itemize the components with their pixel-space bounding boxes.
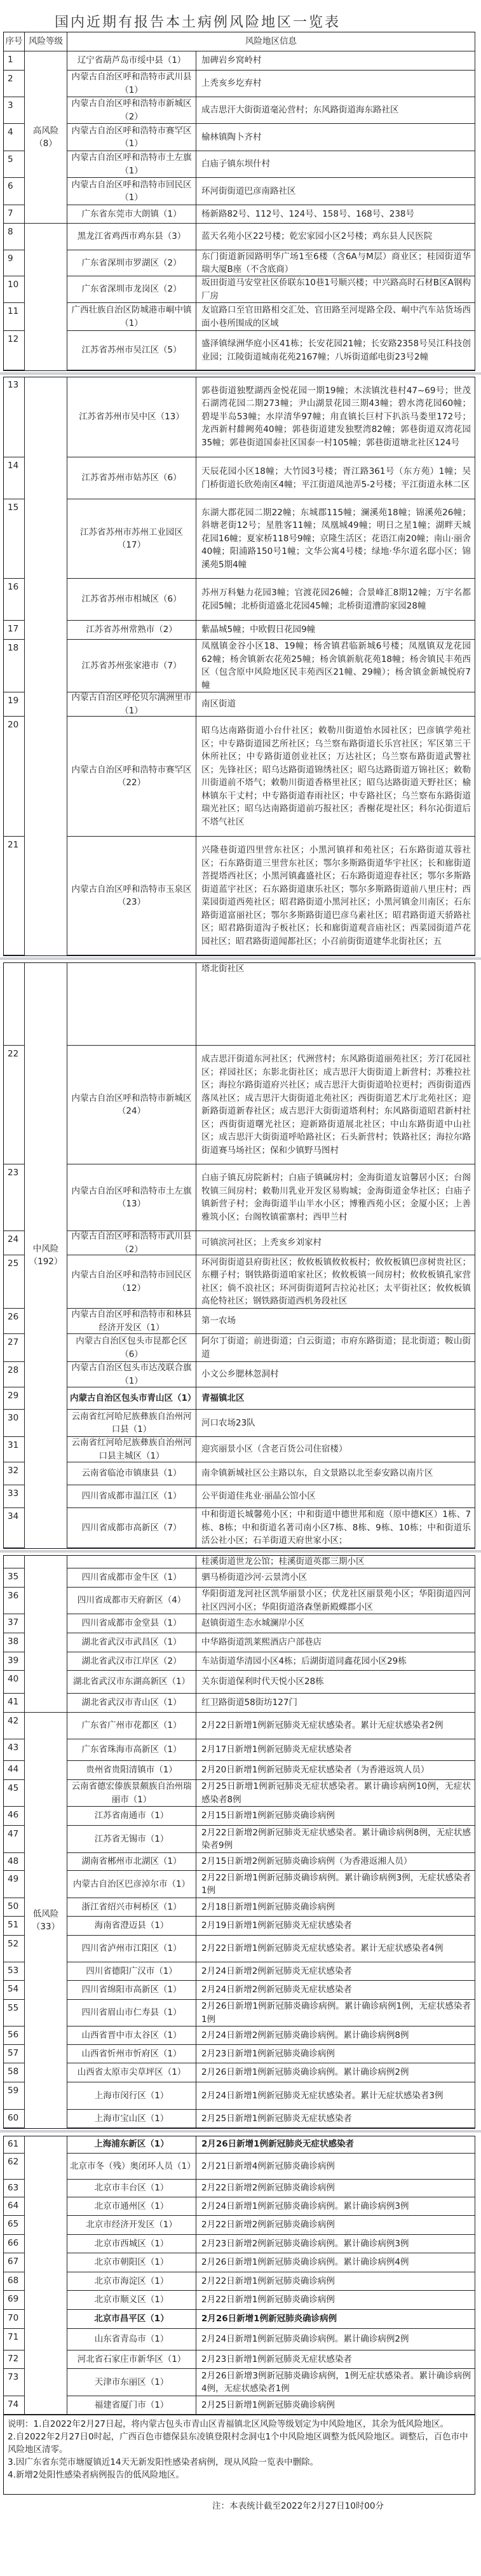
detail-text: 阿尔丁街道；前进街道；白云街道；市府东路街道；昆北街道；鞍山街道 [201, 1335, 471, 1361]
detail-text: 2月21日新增4例新冠肺炎确诊病例 [201, 2160, 471, 2173]
row-number: 73 [4, 2369, 25, 2396]
risk-area-name: 内蒙古自治区呼伦贝尔满洲里市（1） [67, 692, 196, 717]
risk-area-detail: 中华路街道凯莱熙酒店户部巷店 [196, 1633, 475, 1652]
row-number: 48 [4, 1853, 25, 1871]
risk-area-detail: 成吉思汗大街街道毫沁营村；东风路街道海东路社区 [196, 97, 475, 124]
risk-area-name: 天津市东丽区（1） [67, 2369, 196, 2396]
detail-text: 2月25日新增1例新冠肺炎无症状感染者。累计确诊病例10例，无症状感染者8例 [201, 1780, 471, 1806]
risk-area-name: 四川省德阳广汉市（1） [67, 1962, 196, 1981]
detail-text: 驷马桥街道沙河·云景湾小区 [201, 1571, 471, 1584]
row-number: 17 [4, 621, 25, 640]
detail-text: 郭巷街道独墅湖西金悦花园一期19幢；木渎镇沈巷村47~69号；世茂石湖湾花园二期… [201, 384, 471, 450]
detail-text: 中华路街道凯莱熙酒店户部巷店 [201, 1636, 471, 1649]
row-number: 61 [4, 2136, 25, 2154]
detail-text: 白庙子镇东坝什村 [201, 158, 471, 171]
risk-area-detail: 昭乌达南路街道小台什社区；敕勒川街道怡水园社区；巴彦镇学苑社区；中专路街道园艺所… [196, 717, 475, 837]
note-line: 2.自2022年2月27日0时起，广西百色市德保县东凌镇登限村念洞屯1个中风险地… [8, 2431, 471, 2456]
row-number: 66 [4, 2235, 25, 2253]
row-number: 55 [4, 2000, 25, 2026]
row-number: 19 [4, 692, 25, 717]
row-number: 53 [4, 1962, 25, 1981]
detail-text: 白庙子镇瓦房院新村；白庙子镇碱房村；金海街道友谊馨居小区；台阁牧镇三间房村；敕勒… [201, 1171, 471, 1224]
detail-text: 友谊路口至官田路相交汇处、官田路至河堤路全段、峒中汽车站货场西面小巷所围成的区域 [201, 304, 471, 330]
row-number: 71 [4, 2329, 25, 2350]
risk-area-name: 江苏省苏州市相城区（6） [67, 579, 196, 621]
risk-area-name: 云南省红河哈尼族彝族自治州河口县（1） [67, 1410, 196, 1437]
row-number: 23 [4, 1164, 25, 1231]
risk-area-name: 四川省成都市温江区（1） [67, 1485, 196, 1508]
risk-area-name: 内蒙古自治区呼和浩特市和林县经济开发区（1） [67, 1309, 196, 1334]
risk-area-name: 北京市冬（残）奥闭环人员（1） [67, 2154, 196, 2180]
risk-area-detail: 2月24日新增1例新冠肺炎确诊病例。累计确诊病例3例 [196, 2197, 475, 2216]
detail-text: 2月24日新增2例新冠肺炎无症状感染者 [201, 1983, 471, 1997]
row-number: 16 [4, 579, 25, 621]
risk-area-detail: 2月22日新增1例新冠肺炎无症状感染者。累计无症状感染者2例 [196, 1713, 475, 1739]
detail-text: 第一农场 [201, 1314, 471, 1328]
row-number: 59 [4, 2082, 25, 2110]
risk-area-name: 内蒙古自治区包头市达茂联合旗（1） [67, 1362, 196, 1387]
risk-area-detail: 蓝天名苑小区22号楼；乾宏家园小区2号楼；鸡东县人民医院 [196, 224, 475, 250]
detail-text: 加碑岩乡窝岭村 [201, 54, 471, 67]
row-number: 52 [4, 1936, 25, 1962]
risk-area-name: 四川省泸州市江阳区（1） [67, 1936, 196, 1962]
risk-area-name: 北京市丰台区（1） [67, 2180, 196, 2197]
risk-area-detail: 红卫路街道58街坊127门 [196, 1694, 475, 1713]
risk-area-detail: 杨新路82号、112号、124号、158号、168号、238号 [196, 205, 475, 224]
risk-area-name: 北京市通州区（1） [67, 2197, 196, 2216]
risk-area-name: 广西壮族自治区防城港市峒中镇（1） [67, 303, 196, 331]
note-line: 3.因广东省东莞市塘厦镇近14天无新发阳性感染者病例，现从风险一览表中删除。 [8, 2456, 471, 2469]
risk-area-detail: 迎宾丽景小区（含老百货公司住宿楼） [196, 1437, 475, 1462]
risk-area-name: 广东省深圳市罗湖区（2） [67, 250, 196, 276]
detail-text: 公平街道佳兆业·丽晶公馆小区 [201, 1490, 471, 1503]
row-number: 56 [4, 2026, 25, 2045]
risk-area-name: 湖南省郴州市北湖区（1） [67, 1853, 196, 1871]
detail-text: 2月26日新增3例新冠肺炎确诊病例，1例无症状感染者。累计确诊病例4例，无症状感… [201, 2370, 471, 2396]
risk-area-detail: 2月15日新增1例新冠肺炎确诊病例 [196, 1807, 475, 1826]
risk-area-name: 四川省成都市天府新区（4） [67, 1588, 196, 1614]
risk-level-cell: 低风险（33） [25, 1713, 67, 2128]
risk-area-name: 湖北省武汉市江岸区（2） [67, 1652, 196, 1671]
risk-area-detail: 2月24日新增2例新冠肺炎无症状感染者 [196, 1962, 475, 1981]
risk-area-name: 四川省成都市高新区（7） [67, 1508, 196, 1548]
detail-text: 上秃亥乡圪弃村 [201, 77, 471, 90]
risk-area-detail: 2月18日新增1例新冠肺炎确诊病例 [196, 1898, 475, 1917]
risk-area-name: 内蒙古自治区呼和浩特市新城区（24） [67, 1046, 196, 1164]
detail-text: 成吉思汗街道东河社区；代洲营村；东风路街道丽苑社区；芳汀花园社区；祥园社区；东影… [201, 1053, 471, 1157]
risk-area-name: 北京市经济开发区（1） [67, 2216, 196, 2235]
detail-text: 成吉思汗大街街道毫沁营村；东风路街道海东路社区 [201, 104, 471, 117]
detail-text: 东门街道新园路明华广场1至6楼（含6A与M层）商业区；桂园街道华瑞大厦B座（不含… [201, 250, 471, 276]
risk-area-detail: 盛泽镇绿洲华庭小区41栋；长安花园21幢；长安路2358号吴江科技创业园；江陵街… [196, 331, 475, 370]
detail-text: 凤凰镇金谷小区18、19幢；杨舍镇君临新城6号楼；凤凰镇双龙花园62幢；杨舍镇新… [201, 640, 471, 692]
detail-text: 昭乌达南路街道小台什社区；敕勒川街道怡水园社区；巴彦镇学苑社区；中专路街道园艺所… [201, 724, 471, 828]
risk-area-name-cont [67, 962, 196, 1046]
risk-area-name: 云南省临沧市镇康县（1） [67, 1462, 196, 1485]
risk-area-name: 内蒙古自治区呼和浩特市赛罕区（1） [67, 124, 196, 151]
header-no: 序号 [4, 32, 25, 51]
detail-text: 2月20日新增1例新冠肺炎无症状感染者（为香港返筑人员） [201, 1763, 471, 1777]
risk-area-detail: 2月22日新增2例新冠肺炎无症状感染者。累计确诊病例8例，无症状感染者9例 [196, 1826, 475, 1853]
row-number: 54 [4, 1981, 25, 2000]
risk-area-detail: 天辰花园小区18幢；大竹园3号楼；胥江路361号（东方苑）1幢；吴门桥街道长欣苑… [196, 457, 475, 499]
risk-area-name: 云南省德宏傣族景颇族自治州瑞丽市（1） [67, 1780, 196, 1807]
risk-area-name: 内蒙古自治区呼和浩特市武川县（1） [67, 71, 196, 97]
risk-level-cell [25, 377, 67, 955]
risk-area-name: 云南省红河哈尼族彝族自治州河口县主城区（1） [67, 1437, 196, 1462]
risk-area-name: 上海市宝山区（1） [67, 2110, 196, 2128]
risk-area-name: 海南省澄迈县（1） [67, 1917, 196, 1936]
risk-area-detail: 2月22日新增1例新冠肺炎无症状感染者。累计无症状感染者4例 [196, 1936, 475, 1962]
row-number: 36 [4, 1588, 25, 1614]
row-number: 43 [4, 1739, 25, 1761]
row-number: 63 [4, 2180, 25, 2197]
row-number: 22 [4, 1046, 25, 1164]
risk-area-detail: 紫晶城5幢；中欧假日花园9幢 [196, 621, 475, 640]
risk-area-name: 四川省成都市金牛区（1） [67, 1568, 196, 1588]
detail-text: 南区街道 [201, 698, 471, 711]
row-number: 31 [4, 1437, 25, 1462]
risk-area-detail: 白庙子镇东坝什村 [196, 151, 475, 178]
risk-area-detail: 环河街街道县府街社区；攸攸板镇攸攸板村；攸攸板镇巴彦树贵社区；东棚子村；钢铁路街… [196, 1255, 475, 1309]
detail-text: 车站街道华清园小区4栋；后湖街道同鑫花园小区29栋 [201, 1655, 471, 1668]
row-number: 9 [4, 250, 25, 276]
risk-area-detail: 2月26日新增1例新冠肺炎确诊病例 [196, 2310, 475, 2329]
risk-area-name: 江苏省苏州常熟市（2） [67, 621, 196, 640]
header-level: 风险等级 [25, 32, 67, 51]
risk-area-name: 山东省青岛市（1） [67, 2329, 196, 2350]
risk-area-name: 内蒙古自治区呼和浩特市赛罕区（22） [67, 717, 196, 837]
detail-text: 环河街街道县府街社区；攸攸板镇攸攸板村；攸攸板镇巴彦树贵社区；东棚子村；钢铁路街… [201, 1256, 471, 1308]
row-number: 33 [4, 1485, 25, 1508]
row-number: 34 [4, 1508, 25, 1548]
row-number: 24 [4, 1231, 25, 1255]
detail-text: 杨新路82号、112号、124号、158号、168号、238号 [201, 208, 471, 221]
risk-area-name: 河北省石家庄市新华区（1） [67, 2350, 196, 2369]
risk-area-detail: 2月26日新增1例新冠肺炎确诊病例。累计确诊病例4例 [196, 2253, 475, 2272]
risk-level-cell: 高风险（8） [25, 51, 67, 224]
detail-text: 2月26日新增1例新冠肺炎确诊病例。累计确诊病例4例 [201, 2256, 471, 2269]
detail-text: 可镇滨河社区；上秃亥乡刘家村 [201, 1236, 471, 1250]
risk-area-detail: 2月23日新增1例新冠肺炎无症状感染者 [196, 2350, 475, 2369]
risk-area-detail: 关东街道保利时代天悦小区28栋 [196, 1671, 475, 1694]
row-number: 40 [4, 1671, 25, 1694]
risk-area-detail: 2月22日新增1例新冠肺炎确诊病例 [196, 2291, 475, 2310]
detail-text: 2月19日新增1例新冠肺炎无症状感染者 [201, 1919, 471, 1932]
risk-area-name: 江苏省苏州市姑苏区（6） [67, 457, 196, 499]
detail-text: 2月15日新增2例新冠肺炎确诊病例（为香港返湘人员） [201, 1855, 471, 1868]
risk-area-detail: 南区街道 [196, 692, 475, 717]
risk-area-detail: 2月25日新增1例新冠肺炎无症状感染者 [196, 2110, 475, 2128]
risk-area-name: 内蒙古自治区呼和浩特市土左旗（13） [67, 1164, 196, 1231]
detail-text: 2月23日新增1例新冠肺炎确诊病例 [201, 2047, 471, 2061]
detail-text: 2月22日新增1例新冠肺炎确诊病例 [201, 2293, 471, 2307]
detail-text: 南伞镇新城社区公主路以东，自文景路以北至泰安路以南片区 [201, 1467, 471, 1480]
risk-area-name: 北京市昌平区（1） [67, 2310, 196, 2329]
detail-text: 2月24日新增2例新冠肺炎确诊病例。累计确诊病例8例 [201, 2029, 471, 2042]
row-number: 27 [4, 1334, 25, 1362]
risk-area-detail: 2月20日新增1例新冠肺炎无症状感染者（为香港返筑人员） [196, 1761, 475, 1780]
footer-note: 注：本表统计截至2022年2月27日10时00分 [212, 2498, 384, 2511]
detail-text: 2月22日新增1例新冠肺炎无症状感染者。累计无症状感染者2例 [201, 1719, 471, 1732]
row-number: 49 [4, 1871, 25, 1898]
row-number: 38 [4, 1633, 25, 1652]
risk-area-name: 江苏省苏州市吴江区（5） [67, 331, 196, 370]
detail-text: 华阳街道龙河社区凯华丽景小区；伏龙社区丽景苑小区；华阳街道四河社区四河小区；华阳… [201, 1588, 471, 1614]
row-number: 20 [4, 717, 25, 837]
risk-area-detail: 凤凰镇金谷小区18、19幢；杨舍镇君临新城6号楼；凤凰镇双龙花园62幢；杨舍镇新… [196, 640, 475, 692]
page-title: 国内近期有报告本土病例风险地区一览表 [55, 11, 341, 31]
risk-area-detail: 2月21日新增4例新冠肺炎确诊病例 [196, 2154, 475, 2180]
risk-area-name: 黑龙江省鸡西市鸡东县（3） [67, 224, 196, 250]
risk-area-name: 上海市闵行区（1） [67, 2082, 196, 2110]
detail-text: 天辰花园小区18幢；大竹园3号楼；胥江路361号（东方苑）1幢；吴门桥街道长欣苑… [201, 465, 471, 491]
detail-text: 小文公乡腮林忽洞村 [201, 1368, 471, 1381]
row-number: 29 [4, 1387, 25, 1410]
risk-area-name: 内蒙古自治区包头市青山区（1） [67, 1387, 196, 1410]
risk-area-name: 江苏省苏州市苏州工业园区（17） [67, 499, 196, 579]
risk-area-detail: 2月23日新增2例新冠肺炎确诊病例。累计确诊病例3例 [196, 2235, 475, 2253]
risk-area-name: 广东省东莞市大朗镇（1） [67, 205, 196, 224]
risk-area-name: 四川省成都市金堂县（1） [67, 1614, 196, 1633]
risk-area-detail: 南伞镇新城社区公主路以东，自文景路以北至泰安路以南片区 [196, 1462, 475, 1485]
detail-text: 赵镇街道生态水城澜岸小区 [201, 1617, 471, 1630]
risk-area-name: 北京市顺义区（1） [67, 2291, 196, 2310]
risk-area-detail: 2月17日新增1例新冠肺炎无症状感染者 [196, 1739, 475, 1761]
detail-text: 环河街街道巴彦南路社区 [201, 185, 471, 198]
row-number: 12 [4, 331, 25, 370]
row-number: 74 [4, 2396, 25, 2415]
row-number: 5 [4, 151, 25, 178]
detail-text: 坂田街道马安堂社区侨联东10巷1号顺兴楼；中兴路高时石材B区A钢构厂房 [201, 276, 471, 302]
risk-area-detail: 2月15日新增2例新冠肺炎确诊病例（为香港返湘人员） [196, 1853, 475, 1871]
row-number: 62 [4, 2154, 25, 2180]
row-number: 57 [4, 2045, 25, 2063]
row-number-cont [4, 962, 25, 1046]
row-number: 37 [4, 1614, 25, 1633]
row-number: 47 [4, 1826, 25, 1853]
risk-area-name: 广东省广州市花都区（1） [67, 1713, 196, 1739]
risk-area-name: 江苏省无锡市（1） [67, 1826, 196, 1853]
row-number: 60 [4, 2110, 25, 2128]
detail-text: 2月26日新增1例新冠肺炎无症状感染者 [201, 2138, 471, 2151]
row-number: 21 [4, 837, 25, 955]
detail-text: 2月22日新增2例新冠肺炎无症状感染者。累计确诊病例8例，无症状感染者9例 [201, 1826, 471, 1852]
row-number: 6 [4, 178, 25, 205]
detail-text: 2月18日新增1例新冠肺炎确诊病例 [201, 1901, 471, 1914]
page-break [0, 957, 481, 960]
detail-text: 2月25日新增1例新冠肺炎确诊病例 [201, 2399, 471, 2412]
risk-area-name: 内蒙古自治区呼和浩特市土左旗（1） [67, 151, 196, 178]
risk-area-detail: 2月23日新增1例新冠肺炎确诊病例 [196, 2045, 475, 2063]
row-number: 35 [4, 1568, 25, 1588]
row-number: 51 [4, 1917, 25, 1936]
detail-text: 2月22日新增2例新冠肺炎确诊病例 [201, 2182, 471, 2195]
risk-area-detail: 可镇滨河社区；上秃亥乡刘家村 [196, 1231, 475, 1255]
risk-area-name: 内蒙古自治区呼和浩特市回民区（12） [67, 1255, 196, 1309]
detail-text: 蓝天名苑小区22号楼；乾宏家园小区2号楼；鸡东县人民医院 [201, 230, 471, 243]
risk-area-name: 江苏省南通市（1） [67, 1807, 196, 1826]
note-line: 说明：1.自2022年2月27日起，将内蒙古包头市青山区青福镇北区风险等级划定为… [8, 2418, 471, 2431]
risk-area-name: 浙江省绍兴市柯桥区（1） [67, 1898, 196, 1917]
risk-area-name: 内蒙古自治区巴彦淖尔市（1） [67, 1871, 196, 1898]
detail-text: 青福镇北区 [201, 1392, 471, 1405]
risk-area-detail: 2月25日新增1例新冠肺炎无症状感染者。累计确诊病例10例，无症状感染者8例 [196, 1780, 475, 1807]
detail-text: 关东街道保利时代天悦小区28栋 [201, 1675, 471, 1689]
notes-box: 说明：1.自2022年2月27日起，将内蒙古包头市青山区青福镇北区风险等级划定为… [3, 2415, 475, 2495]
risk-area-detail-cont: 塔北街社区 [196, 962, 475, 1046]
row-number: 1 [4, 51, 25, 71]
risk-area-detail: 坂田街道马安堂社区侨联东10巷1号顺兴楼；中兴路高时石材B区A钢构厂房 [196, 276, 475, 303]
risk-area-detail: 榆林镇陶卜齐村 [196, 124, 475, 151]
risk-area-detail: 2月26日新增1例新冠肺炎确诊病例。累计确诊病例2例 [196, 2063, 475, 2082]
risk-area-detail: 公平街道佳兆业·丽晶公馆小区 [196, 1485, 475, 1508]
detail-text: 东湖大郡花园二期22幢；东城郡115幢；澜溪苑18幢；锦溪苑26幢；斜塘老街12… [201, 506, 471, 572]
risk-area-name: 北京市朝阳区（1） [67, 2253, 196, 2272]
risk-area-detail: 华阳街道龙河社区凯华丽景小区；伏龙社区丽景苑小区；华阳街道四河社区四河小区；华阳… [196, 1588, 475, 1614]
risk-area-detail: 上秃亥乡圪弃村 [196, 71, 475, 97]
risk-area-detail: 2月25日新增1例新冠肺炎确诊病例 [196, 2396, 475, 2415]
risk-area-detail: 2月19日新增1例新冠肺炎无症状感染者 [196, 1917, 475, 1936]
risk-level-cell: 中风险（192） [25, 962, 67, 1548]
row-number: 72 [4, 2350, 25, 2369]
risk-area-name: 北京市海淀区（1） [67, 2272, 196, 2291]
risk-area-detail: 车站街道华清园小区4栋；后湖街道同鑫花园小区29栋 [196, 1652, 475, 1671]
risk-area-detail: 环河街街道巴彦南路社区 [196, 178, 475, 205]
risk-area-name: 湖北省武汉市武昌区（1） [67, 1633, 196, 1652]
risk-area-detail: 赵镇街道生态水城澜岸小区 [196, 1614, 475, 1633]
risk-area-name: 内蒙古自治区呼和浩特市回民区（1） [67, 178, 196, 205]
risk-area-detail: 第一农场 [196, 1309, 475, 1334]
row-number: 18 [4, 640, 25, 692]
row-number: 28 [4, 1362, 25, 1387]
risk-area-name: 广东省深圳市龙岗区（2） [67, 276, 196, 303]
risk-area-detail: 加碑岩乡窝岭村 [196, 51, 475, 71]
row-number: 50 [4, 1898, 25, 1917]
detail-text: 中和街道长城馨苑小区；中和街道中德世邦和庭（原中德K区）1栋、7栋、8栋；中和街… [201, 1508, 471, 1548]
row-number: 25 [4, 1255, 25, 1309]
row-number: 32 [4, 1462, 25, 1485]
risk-area-detail: 2月26日新增3例新冠肺炎确诊病例，1例无症状感染者。累计确诊病例4例，无症状感… [196, 2369, 475, 2396]
detail-text: 2月26日新增1例新冠肺炎确诊病例。累计确诊病例2例 [201, 2066, 471, 2079]
row-number: 14 [4, 457, 25, 499]
risk-level-cell [25, 2136, 67, 2415]
detail-text: 苏州万科魅力花园3幢；官渡花园26幢；合景峰汇8期12幢；万宇名都花园5幢；北桥… [201, 586, 471, 612]
detail-text: 2月25日新增1例新冠肺炎无症状感染者 [201, 2112, 471, 2126]
risk-area-name: 江苏省苏州市吴中区（13） [67, 377, 196, 457]
row-number: 64 [4, 2197, 25, 2216]
detail-text: 迎宾丽景小区（含老百货公司住宿楼） [201, 1443, 471, 1456]
detail-text: 2月22日新增1例新冠肺炎确诊病例。累计确诊病例3例，无症状感染者1例 [201, 1871, 471, 1898]
risk-area-detail: 河口农场23队 [196, 1410, 475, 1437]
risk-area-detail: 驷马桥街道沙河·云景湾小区 [196, 1568, 475, 1588]
risk-area-detail: 兴隆巷街道四里营东社区；小黑河镇祥和苑社区；石东路街道苁蓉社区；石东路街道三里营… [196, 837, 475, 955]
risk-area-detail: 青福镇北区 [196, 1387, 475, 1410]
risk-area-detail: 2月26日新增1例新冠肺炎确诊病例。累计确诊病例1例，无症状感染者1例 [196, 2000, 475, 2026]
risk-area-detail: 东门街道新园路明华广场1至6楼（含6A与M层）商业区；桂园街道华瑞大厦B座（不含… [196, 250, 475, 276]
row-number: 30 [4, 1410, 25, 1437]
row-number: 13 [4, 377, 25, 457]
detail-text: 2月24日新增1例新冠肺炎确诊病例。累计确诊病例2例 [201, 2333, 471, 2346]
detail-text: 2月22日新增1例新冠肺炎无症状感染者。累计无症状感染者4例 [201, 1942, 471, 1955]
detail-text: 2月22日新增1例新冠肺炎确诊病例 [201, 2275, 471, 2288]
risk-area-name: 北京市西城区（1） [67, 2235, 196, 2253]
risk-area-name: 内蒙古自治区呼和浩特市新城区（2） [67, 97, 196, 124]
row-number: 2 [4, 71, 25, 97]
detail-text: 榆林镇陶卜齐村 [201, 131, 471, 144]
detail-text: 河口农场23队 [201, 1417, 471, 1430]
risk-area-name: 四川省眉山市仁寿县（1） [67, 2000, 196, 2026]
page-break [0, 1550, 481, 1553]
risk-area-name: 福建省厦门市（1） [67, 2396, 196, 2415]
detail-text: 2月23日新增1例新冠肺炎无症状感染者 [201, 2353, 471, 2366]
row-number: 46 [4, 1807, 25, 1826]
risk-area-name-cont [67, 1555, 196, 1568]
row-number: 10 [4, 276, 25, 303]
detail-text: 2月24日新增1例新冠肺炎无症状感染者。累计无症状感染者3例 [201, 2089, 471, 2103]
risk-area-detail: 2月22日新增2例新冠肺炎确诊病例 [196, 2180, 475, 2197]
risk-area-detail: 小文公乡腮林忽洞村 [196, 1362, 475, 1387]
detail-text: 2月22日新增2例新冠肺炎确诊病例 [201, 2218, 471, 2232]
detail-text: 2月24日新增2例新冠肺炎无症状感染者 [201, 1965, 471, 1978]
row-number: 11 [4, 303, 25, 331]
risk-area-detail: 2月22日新增2例新冠肺炎确诊病例 [196, 2216, 475, 2235]
header-info: 风险地区信息 [67, 32, 475, 51]
row-number-cont [4, 1555, 25, 1568]
detail-text: 2月17日新增1例新冠肺炎无症状感染者 [201, 1743, 471, 1757]
risk-area-detail: 2月22日新增1例新冠肺炎确诊病例。累计确诊病例3例，无症状感染者1例 [196, 1871, 475, 1898]
risk-area-detail: 2月26日新增1例新冠肺炎无症状感染者 [196, 2136, 475, 2154]
risk-area-detail: 中和街道长城馨苑小区；中和街道中德世邦和庭（原中德K区）1栋、7栋、8栋；中和街… [196, 1508, 475, 1548]
row-number: 4 [4, 124, 25, 151]
risk-area-detail: 白庙子镇瓦房院新村；白庙子镇碱房村；金海街道友谊馨居小区；台阁牧镇三间房村；敕勒… [196, 1164, 475, 1231]
row-number: 70 [4, 2310, 25, 2329]
row-number: 42 [4, 1713, 25, 1739]
risk-area-name: 上海浦东新区（1） [67, 2136, 196, 2154]
row-number: 3 [4, 97, 25, 124]
risk-area-name: 四川省绵阳市高新区（1） [67, 1981, 196, 2000]
risk-area-name: 广东省珠海市高新区（1） [67, 1739, 196, 1761]
risk-area-name: 贵州省贵阳清镇市（1） [67, 1761, 196, 1780]
detail-text: 2月26日新增1例新冠肺炎确诊病例 [201, 2312, 471, 2326]
row-number: 8 [4, 224, 25, 250]
row-number: 65 [4, 2216, 25, 2235]
detail-text: 红卫路街道58街坊127门 [201, 1696, 471, 1709]
row-number: 41 [4, 1694, 25, 1713]
risk-area-name: 山西省晋中市太谷区（1） [67, 2026, 196, 2045]
risk-area-detail: 2月24日新增1例新冠肺炎确诊病例。累计确诊病例2例 [196, 2329, 475, 2350]
row-number: 58 [4, 2063, 25, 2082]
detail-text: 紫晶城5幢；中欧假日花园9幢 [201, 623, 471, 637]
risk-area-detail: 友谊路口至官田路相交汇处、官田路至河堤路全段、峒中汽车站货场西面小巷所围成的区域 [196, 303, 475, 331]
risk-area-name: 辽宁省葫芦岛市绥中县（1） [67, 51, 196, 71]
row-number: 67 [4, 2253, 25, 2272]
risk-area-detail: 东湖大郡花园二期22幢；东城郡115幢；澜溪苑18幢；锦溪苑26幢；斜塘老街12… [196, 499, 475, 579]
detail-text: 2月15日新增1例新冠肺炎确诊病例 [201, 1809, 471, 1823]
risk-level-cell [25, 1555, 67, 1713]
risk-level-cell [25, 224, 67, 370]
risk-area-detail: 郭巷街道独墅湖西金悦花园一期19幢；木渎镇沈巷村47~69号；世茂石湖湾花园二期… [196, 377, 475, 457]
row-number: 26 [4, 1309, 25, 1334]
detail-text: 2月23日新增2例新冠肺炎确诊病例。累计确诊病例3例 [201, 2237, 471, 2251]
row-number: 15 [4, 499, 25, 579]
row-number: 69 [4, 2291, 25, 2310]
detail-text: 盛泽镇绿洲华庭小区41栋；长安花园21幢；长安路2358号吴江科技创业园；江陵街… [201, 337, 471, 363]
risk-area-detail: 苏州万科魅力花园3幢；官渡花园26幢；合景峰汇8期12幢；万宇名都花园5幢；北桥… [196, 579, 475, 621]
risk-area-name: 内蒙古自治区包头市昆都仑区（6） [67, 1334, 196, 1362]
risk-area-detail-cont: 桂溪街道世龙公馆；桂溪街道英郡三期小区 [196, 1555, 475, 1568]
risk-area-detail: 2月22日新增1例新冠肺炎确诊病例 [196, 2272, 475, 2291]
